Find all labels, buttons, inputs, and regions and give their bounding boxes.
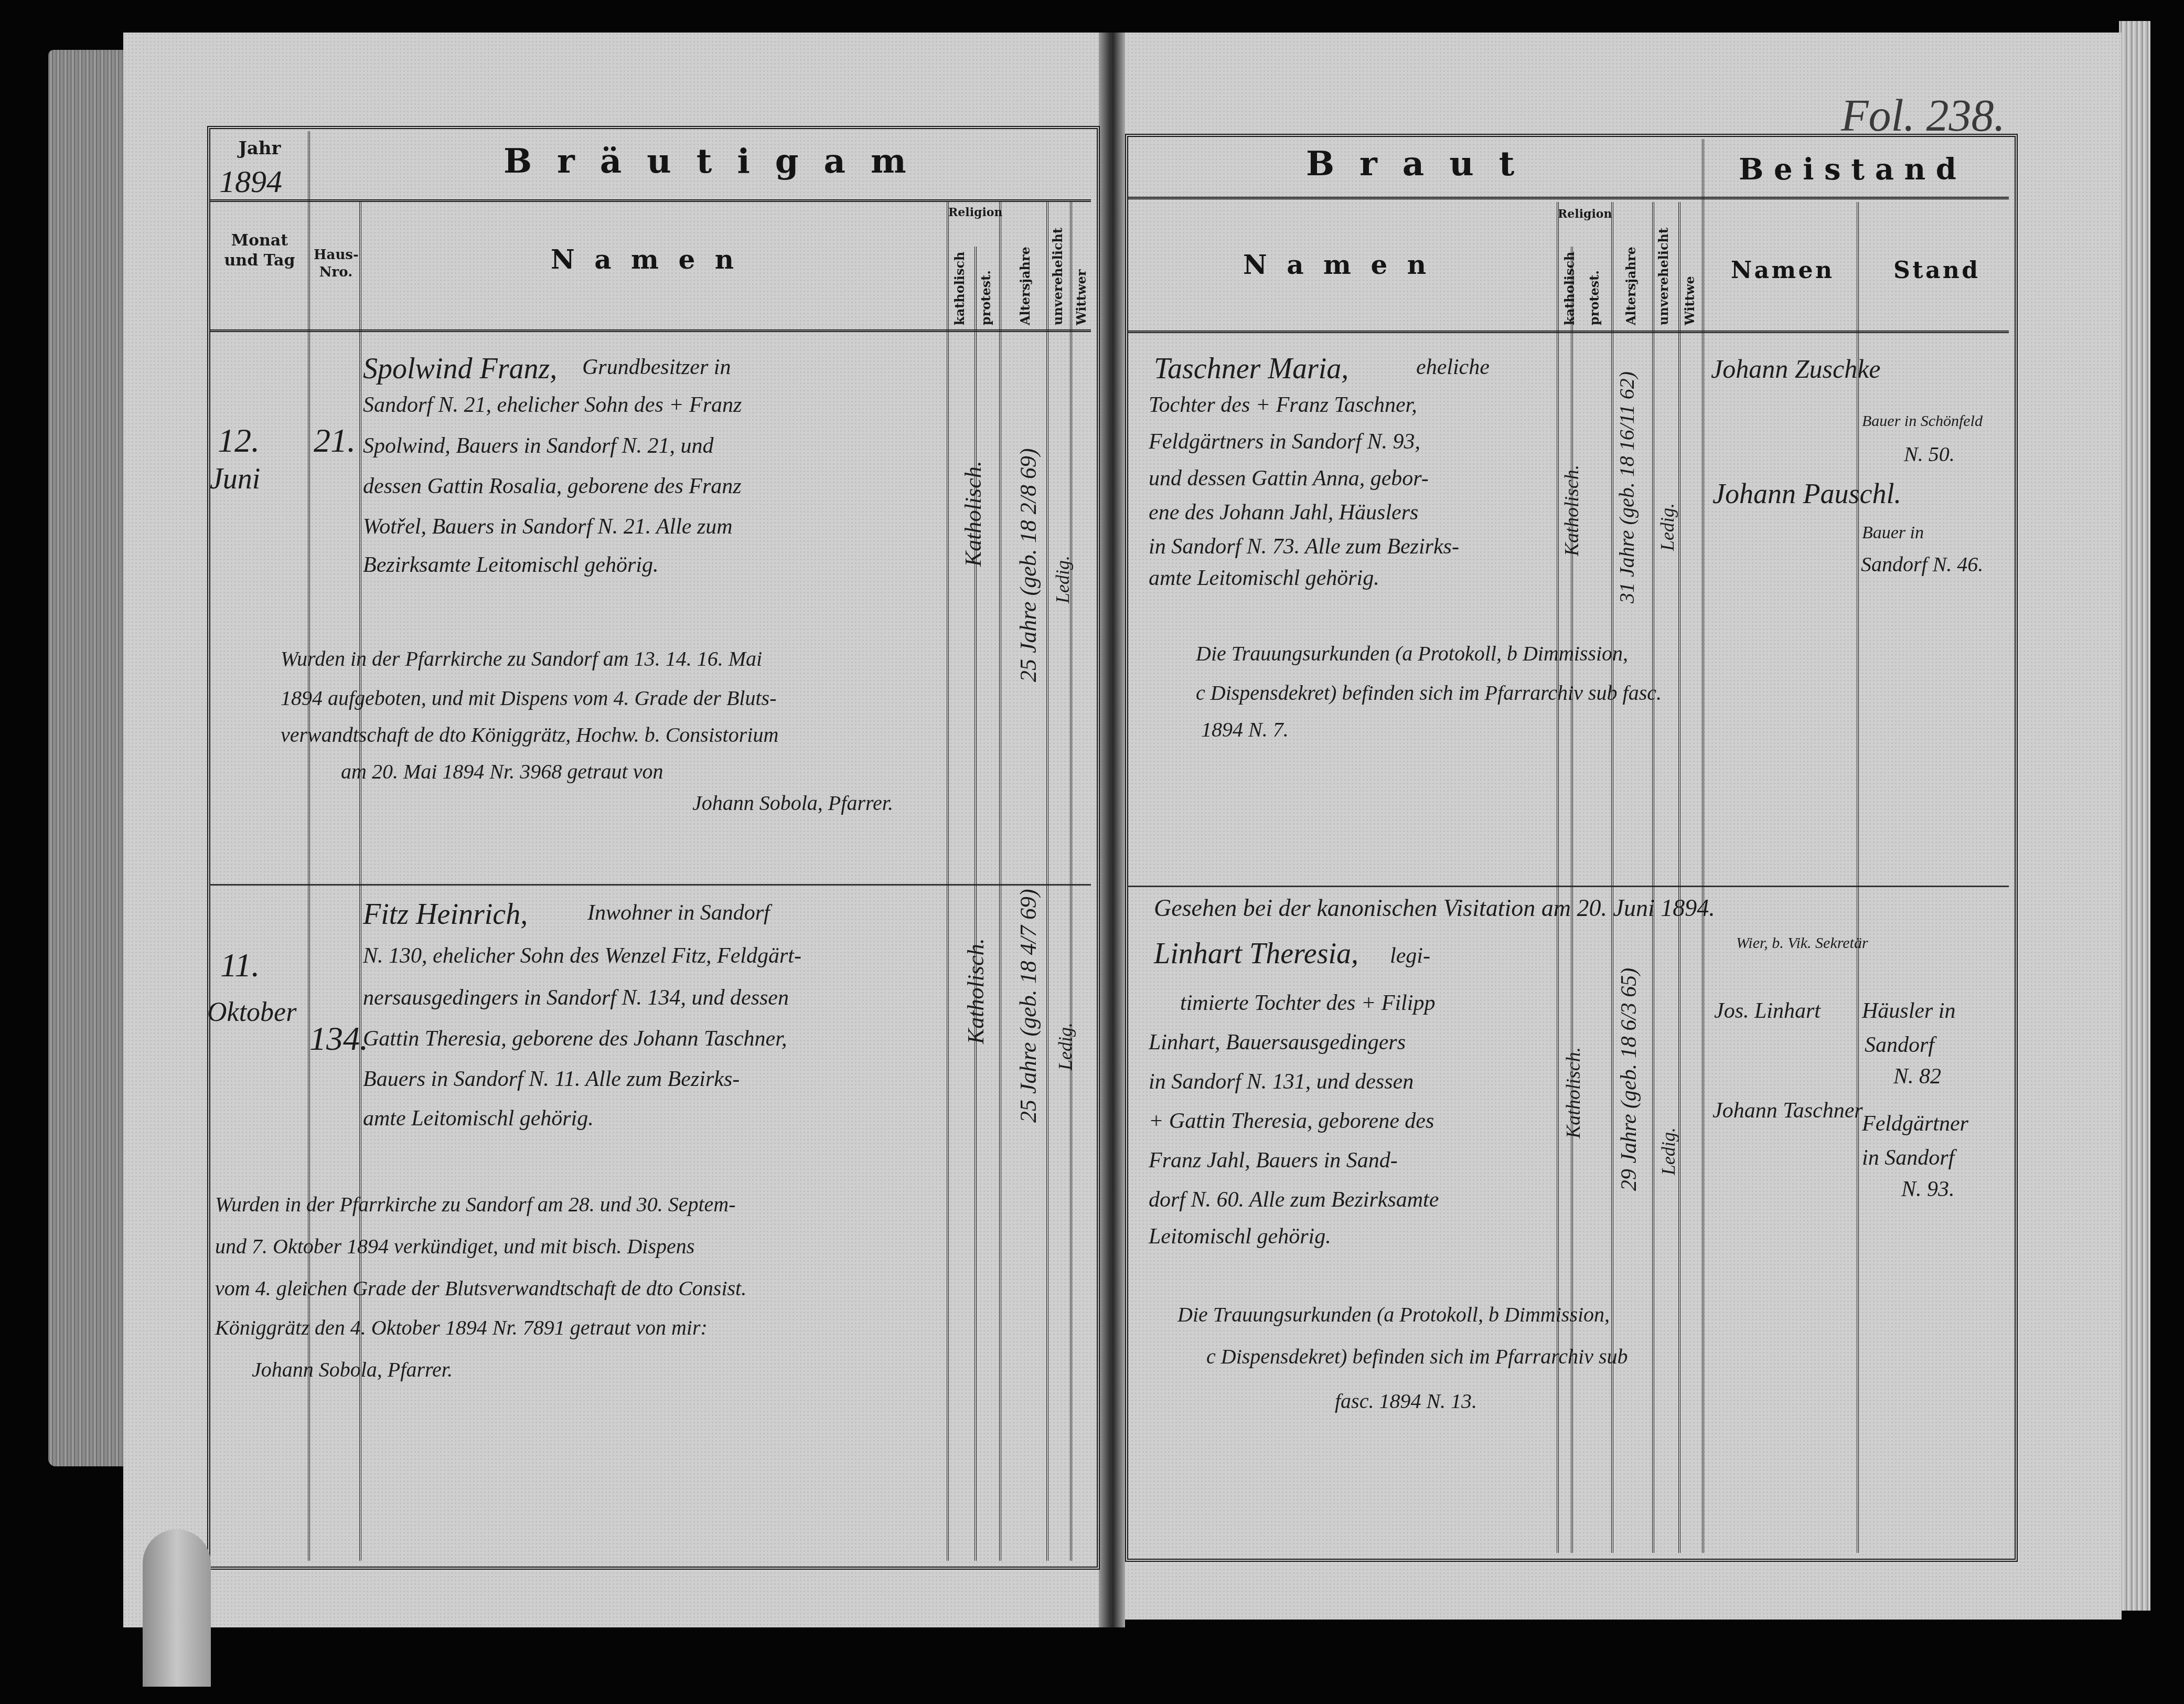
entry2-bride-text-7: Leitomischl gehörig.	[1149, 1220, 1331, 1254]
bride-religion-header: Religion	[1558, 207, 1610, 222]
bride-widow-header: Wittwe	[1682, 278, 1697, 325]
unmarried-header: unverehelicht	[1050, 220, 1065, 325]
entry1-groom-text-1: Sandorf N. 21, ehelicher Sohn des + Fran…	[363, 388, 742, 422]
bride-protestant-header: protest.	[1587, 268, 1602, 325]
entry1-witness2-status-1: Sandorf N. 46.	[1861, 548, 1983, 581]
right-header-divider	[1128, 197, 2009, 199]
entry2-groom-text-4: Bauers in Sandorf N. 11. Alle zum Bezirk…	[363, 1062, 740, 1096]
entry1-note-3: am 20. Mai 1894 Nr. 3968 getraut von	[341, 755, 663, 788]
age-header: Altersjahre	[1018, 247, 1033, 325]
entry1-age: 25 Jahre (geb. 18 2/8 69)	[1015, 446, 1042, 682]
witness-names-header: Namen	[1731, 257, 1834, 284]
protestant-header: protest.	[978, 252, 993, 325]
entry1-witness2-status-0: Bauer in	[1862, 519, 1924, 547]
entry2-note-3: Königgrätz den 4. Oktober 1894 Nr. 7891 …	[215, 1312, 708, 1344]
entry1-witness2-name: Johann Pauschl.	[1712, 472, 1901, 516]
entry1-status: Ledig.	[1052, 525, 1074, 603]
entry1-bride-text-5: in Sandorf N. 73. Alle zum Bezirks-	[1149, 530, 1459, 564]
groom-title: Bräutigam	[504, 142, 932, 181]
entry1-bride-text-1: Tochter des + Franz Taschner,	[1149, 388, 1417, 422]
right-page-edges	[2119, 21, 2150, 1611]
visitation-note: Gesehen bei der kanonischen Visitation a…	[1154, 889, 1715, 926]
col-divider-names	[947, 202, 949, 1561]
col-divider-bride-unmarried	[1652, 202, 1654, 1553]
entry2-bride-status: Ledig.	[1657, 1117, 1679, 1175]
entry2-bride-note-1: c Dispensdekret) befinden sich im Pfarra…	[1206, 1340, 1628, 1373]
wooden-page-holder	[143, 1529, 211, 1687]
catholic-header: katholisch	[952, 252, 967, 325]
entry2-bride-religion: Katholisch.	[1562, 1028, 1585, 1138]
entry2-bride-text-4: + Gattin Theresia, geborene des	[1149, 1104, 1434, 1138]
entry1-groom-name: Spolwind Franz,	[363, 346, 557, 392]
entry1-groom-text-0: Grundbesitzer in	[582, 350, 731, 385]
year-value: 1894	[219, 157, 282, 206]
entry2-note-1: und 7. Oktober 1894 verkündiget, und mit…	[215, 1230, 694, 1263]
right-entry-divider	[1128, 886, 2009, 887]
entry1-groom-text-4: Wotřel, Bauers in Sandorf N. 21. Alle zu…	[363, 510, 733, 544]
entry1-signature: Johann Sobola, Pfarrer.	[692, 787, 893, 819]
entry2-witness1-status-0: Häusler in	[1862, 994, 1956, 1028]
entry1-bride-text-2: Feldgärtners in Sandorf N. 93,	[1149, 425, 1420, 459]
entry2-bride-age: 29 Jahre (geb. 18 6/3 65)	[1616, 971, 1642, 1191]
entry2-witness2-status-2: N. 93.	[1901, 1173, 1955, 1207]
religion-header: Religion	[948, 206, 998, 220]
header-bottom-rule	[210, 329, 1091, 332]
entry2-bride-text-5: Franz Jahl, Bauers in Sand-	[1149, 1144, 1398, 1178]
entry2-groom-text-1: N. 130, ehelicher Sohn des Wenzel Fitz, …	[363, 939, 801, 973]
bride-names-header: Namen	[1243, 249, 1446, 280]
entry2-status: Ledig.	[1054, 1013, 1076, 1070]
entry2-bride-text-3: in Sandorf N. 131, und dessen	[1149, 1065, 1414, 1099]
entry1-groom-text-2: Spolwind, Bauers in Sandorf N. 21, und	[363, 429, 714, 463]
entry1-bride-age: 31 Jahre (geb. 18 16/11 62)	[1614, 404, 1639, 603]
names-header: Namen	[551, 244, 754, 275]
entry1-bride-text-0: eheliche	[1416, 350, 1490, 385]
bride-title: Braut	[1306, 144, 1539, 184]
house-no-header: Haus-Nro.	[314, 247, 358, 281]
entry2-bride-text-1: timierte Tochter des + Filipp	[1180, 986, 1435, 1020]
entry1-groom-text-5: Bezirksamte Leitomischl gehörig.	[363, 548, 658, 582]
month-day-header: Monat und Tag	[218, 231, 302, 270]
entry1-bride-note-0: Die Trauungsurkunden (a Protokoll, b Dim…	[1196, 637, 1628, 670]
entry2-witness2-name: Johann Taschner	[1712, 1094, 1863, 1128]
entry1-religion: Katholisch.	[960, 441, 987, 567]
entry2-groom-text-3: Gattin Theresia, geborene des Johann Tas…	[363, 1022, 787, 1056]
entry1-bride-note-2: 1894 N. 7.	[1201, 713, 1289, 746]
entry2-bride-text-6: dorf N. 60. Alle zum Bezirksamte	[1149, 1183, 1439, 1217]
entry1-witness1-name: Johann Zuschke	[1711, 349, 1881, 390]
col-divider-bride-widow	[1678, 202, 1680, 1553]
entry1-bride-note-1: c Dispensdekret) befinden sich im Pfarra…	[1196, 677, 1662, 709]
entry1-bride-text-6: amte Leitomischl gehörig.	[1149, 561, 1379, 595]
entry1-bride-name: Taschner Maria,	[1154, 346, 1348, 392]
entry1-note-0: Wurden in der Pfarrkirche zu Sandorf am …	[281, 643, 762, 675]
entry2-groom-name: Fitz Heinrich,	[363, 892, 528, 938]
entry1-witness1-status-0: Bauer in Schönfeld	[1862, 409, 1983, 434]
entry1-note-2: verwandtschaft de dto Königgrätz, Hochw.…	[281, 719, 778, 751]
entry2-bride-text-0: legi-	[1390, 939, 1430, 973]
bride-catholic-header: katholisch	[1562, 257, 1577, 325]
entry2-note-0: Wurden in der Pfarrkirche zu Sandorf am …	[215, 1188, 735, 1221]
bride-age-header: Altersjahre	[1623, 247, 1639, 325]
col-divider-widower	[1070, 202, 1072, 1561]
entry2-bride-name: Linhart Theresia,	[1154, 931, 1358, 977]
col-divider-witness-status	[1857, 202, 1859, 1553]
entry2-bride-note-2: fasc. 1894 N. 13.	[1335, 1385, 1477, 1418]
entry1-bride-text-3: und dessen Gattin Anna, gebor-	[1149, 462, 1429, 496]
entry1-bride-status: Ledig.	[1656, 493, 1678, 551]
witness-status-header: Stand	[1893, 257, 1980, 284]
entry1-bride-text-4: ene des Johann Jahl, Häuslers	[1149, 496, 1418, 530]
col-divider-month	[308, 131, 310, 1561]
col-divider-unmarried	[1046, 202, 1048, 1561]
entry2-note-2: vom 4. gleichen Grade der Blutsverwandts…	[215, 1272, 746, 1305]
entry-divider	[210, 884, 1091, 886]
entry1-witness1-status-1: N. 50.	[1904, 438, 1955, 471]
widower-header: Wittwer	[1074, 262, 1089, 325]
entry2-witness1-status-1: Sandorf	[1865, 1028, 1934, 1062]
entry2-religion: Katholisch.	[962, 939, 989, 1044]
entry2-witness2-status-1: in Sandorf	[1862, 1141, 1954, 1175]
witness-title: Beistand	[1739, 152, 1967, 187]
entry1-month: Juni	[210, 456, 260, 502]
col-divider-witness	[1702, 139, 1704, 1553]
book-gutter	[1099, 33, 1125, 1627]
entry2-groom-text-0: Inwohner in Sandorf	[587, 896, 770, 930]
header-divider	[210, 199, 1091, 202]
entry2-age: 25 Jahre (geb. 18 4/7 69)	[1015, 902, 1042, 1123]
entry2-bride-text-2: Linhart, Bauersausgedingers	[1149, 1026, 1406, 1060]
left-page-edges	[48, 50, 127, 1466]
entry2-groom-text-2: nersausgedingers in Sandorf N. 134, und …	[363, 981, 789, 1015]
entry2-bride-note-0: Die Trauungsurkunden (a Protokoll, b Dim…	[1177, 1298, 1610, 1331]
entry2-day: 11.	[220, 939, 260, 991]
entry2-witness1-status-2: N. 82	[1893, 1060, 1941, 1094]
entry1-groom-text-3: dessen Gattin Rosalia, geborene des Fran…	[363, 470, 742, 504]
year-label: Jahr	[212, 137, 307, 160]
entry1-bride-religion: Katholisch.	[1560, 441, 1583, 556]
entry2-house-no: 134.	[309, 1013, 368, 1064]
entry1-note-1: 1894 aufgeboten, und mit Dispens vom 4. …	[281, 682, 776, 715]
entry1-house-no: 21.	[314, 414, 356, 466]
entry2-witness2-status-0: Feldgärtner	[1862, 1107, 1968, 1141]
right-header-bottom-rule	[1128, 331, 2009, 333]
entry2-witness1-name: Jos. Linhart	[1714, 994, 1821, 1028]
entry2-groom-text-5: amte Leitomischl gehörig.	[363, 1102, 594, 1136]
entry2-month: Oktober	[207, 992, 296, 1034]
bride-unmarried-header: unverehelicht	[1656, 247, 1671, 325]
visitation-signature: Wier, b. Vik. Sekretär	[1736, 931, 1868, 956]
entry2-signature: Johann Sobola, Pfarrer.	[252, 1354, 453, 1386]
col-divider-age	[999, 202, 1001, 1561]
